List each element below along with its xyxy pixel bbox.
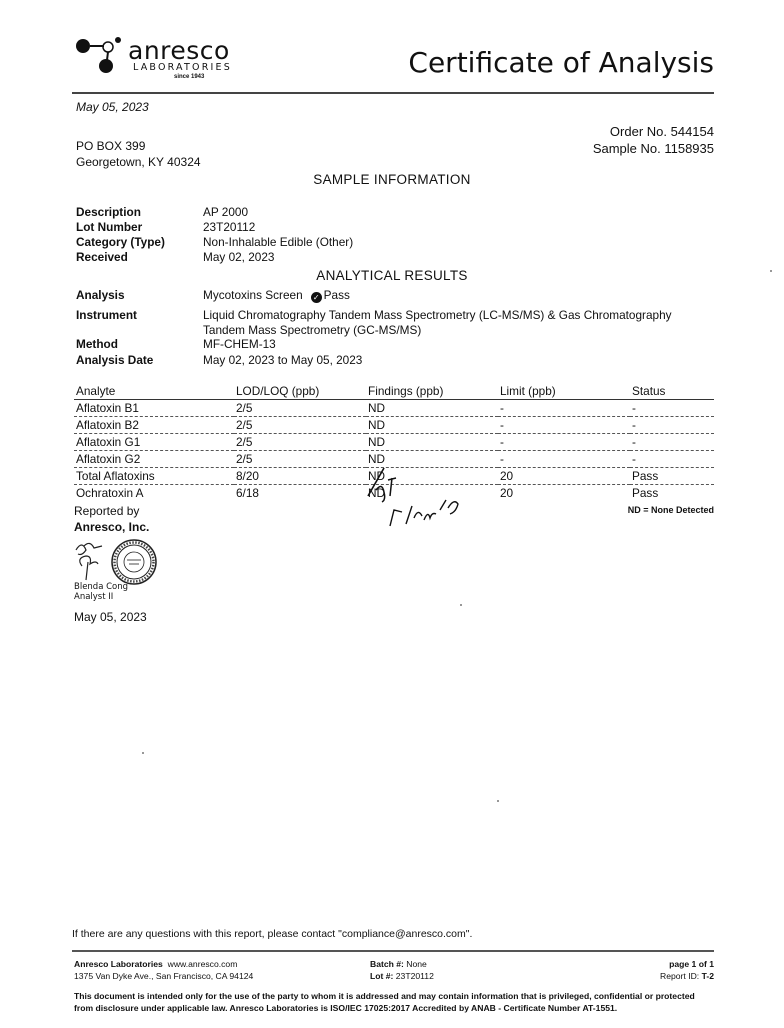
lod-loq-cell: 6/18	[234, 485, 366, 502]
scan-speck	[460, 604, 462, 606]
report-id-value: T-2	[702, 971, 714, 981]
analyte-cell: Aflatoxin G1	[74, 434, 234, 451]
lod-loq-cell: 2/5	[234, 417, 366, 434]
footer-address: 1375 Van Dyke Ave., San Francisco, CA 94…	[74, 970, 253, 982]
field-value: May 02, 2023	[203, 250, 713, 265]
analysis-name: Mycotoxins Screen	[203, 288, 303, 302]
table-row: Aflatoxin B12/5ND--	[74, 400, 714, 417]
scan-speck	[770, 270, 772, 272]
analyte-cell: Aflatoxin G2	[74, 451, 234, 468]
field-value: AP 2000	[203, 205, 713, 220]
reported-by: Reported by Anresco, Inc.	[74, 503, 149, 535]
report-id-label: Report ID:	[660, 971, 699, 981]
field-label: Analysis	[76, 288, 196, 303]
status-cell: -	[630, 417, 714, 434]
signer-title: Analyst II	[74, 592, 128, 602]
table-header-row: Analyte LOD/LOQ (ppb) Findings (ppb) Lim…	[74, 383, 714, 400]
address-line-1: PO BOX 399	[76, 138, 201, 154]
nd-legend: ND = None Detected	[628, 505, 714, 515]
lod-loq-cell: 8/20	[234, 468, 366, 485]
scan-speck	[142, 752, 144, 754]
column-header: LOD/LOQ (ppb)	[234, 383, 366, 400]
signer: Blenda Cong Analyst II	[74, 582, 128, 602]
analyte-cell: Total Aflatoxins	[74, 468, 234, 485]
findings-cell: ND	[366, 451, 498, 468]
lod-loq-cell: 2/5	[234, 451, 366, 468]
limit-cell: 20	[498, 485, 630, 502]
field-label: Instrument	[76, 308, 196, 323]
order-number: Order No. 544154	[593, 123, 714, 140]
table-row: Aflatoxin B22/5ND--	[74, 417, 714, 434]
field-value: MF-CHEM-13	[203, 337, 713, 352]
analyte-cell: Ochratoxin A	[74, 485, 234, 502]
lot-label: Lot #:	[370, 971, 393, 981]
field-value: Non-Inhalable Edible (Other)	[203, 235, 713, 250]
field-label: Category (Type)	[76, 235, 196, 250]
limit-cell: -	[498, 451, 630, 468]
field-value: May 02, 2023 to May 05, 2023	[203, 353, 713, 368]
lot-value: 23T20112	[396, 971, 434, 981]
reported-by-label: Reported by	[74, 503, 149, 519]
limit-cell: -	[498, 434, 630, 451]
column-header: Analyte	[74, 383, 234, 400]
field-label: Analysis Date	[76, 353, 196, 368]
header-divider	[72, 92, 714, 94]
page-number: page 1 of 1	[660, 958, 714, 970]
logo-wordmark: anresco	[128, 36, 230, 65]
batch-value: None	[406, 959, 427, 969]
limit-cell: 20	[498, 468, 630, 485]
analyte-cell: Aflatoxin B1	[74, 400, 234, 417]
column-header: Status	[630, 383, 714, 400]
signer-name: Blenda Cong	[74, 582, 128, 592]
field-value: 23T20112	[203, 220, 713, 235]
findings-cell: ND	[366, 417, 498, 434]
check-circle-icon: ✓	[311, 292, 322, 303]
field-label: Method	[76, 337, 196, 352]
legal-disclaimer: This document is intended only for the u…	[74, 990, 714, 1014]
footer-batch-info: Batch #: None Lot #: 23T20112	[370, 958, 434, 982]
field-label: Received	[76, 250, 196, 265]
findings-cell: ND	[366, 434, 498, 451]
lod-loq-cell: 2/5	[234, 434, 366, 451]
signature-icon	[76, 543, 102, 580]
footer-company-info: Anresco Laboratories www.anresco.com 137…	[74, 958, 253, 982]
table-row: Aflatoxin G12/5ND--	[74, 434, 714, 451]
column-header: Findings (ppb)	[366, 383, 498, 400]
findings-cell: ND	[366, 400, 498, 417]
analytical-results-heading: ANALYTICAL RESULTS	[0, 268, 784, 283]
signature-and-seal	[72, 538, 162, 588]
limit-cell: -	[498, 417, 630, 434]
anresco-logo: anresco LABORATORIES since 1943	[74, 36, 234, 84]
analyte-cell: Aflatoxin B2	[74, 417, 234, 434]
lod-loq-cell: 2/5	[234, 400, 366, 417]
client-address: PO BOX 399 Georgetown, KY 40324	[76, 138, 201, 170]
field-label: Lot Number	[76, 220, 196, 235]
lab-seal-icon	[112, 540, 156, 584]
document-title: Certificate of Analysis	[408, 46, 714, 79]
field-value: Liquid Chromatography Tandem Mass Spectr…	[203, 308, 713, 338]
table-row: Aflatoxin G22/5ND--	[74, 451, 714, 468]
footer-page-info: page 1 of 1 Report ID: T-2	[660, 958, 714, 982]
handwritten-initials-annotation	[362, 466, 482, 536]
footer-website[interactable]: www.anresco.com	[168, 959, 238, 969]
batch-label: Batch #:	[370, 959, 404, 969]
column-header: Limit (ppb)	[498, 383, 630, 400]
status-cell: -	[630, 400, 714, 417]
contact-note: If there are any questions with this rep…	[72, 928, 472, 940]
status-cell: Pass	[630, 485, 714, 502]
signature-date: May 05, 2023	[74, 610, 147, 624]
sample-number: Sample No. 1158935	[593, 140, 714, 157]
field-value: Mycotoxins Screen✓Pass	[203, 288, 713, 303]
logo-subtitle: LABORATORIES	[133, 62, 232, 73]
address-line-2: Georgetown, KY 40324	[76, 154, 201, 170]
analysis-status: Pass	[324, 288, 350, 302]
footer-divider	[72, 950, 714, 952]
footer-company-name: Anresco Laboratories	[74, 959, 163, 969]
report-date: May 05, 2023	[76, 100, 149, 114]
order-info: Order No. 544154 Sample No. 1158935	[593, 123, 714, 157]
status-cell: -	[630, 434, 714, 451]
molecule-icon	[74, 36, 134, 84]
logo-since: since 1943	[174, 74, 204, 80]
field-label: Description	[76, 205, 196, 220]
limit-cell: -	[498, 400, 630, 417]
sample-information-heading: SAMPLE INFORMATION	[0, 172, 784, 187]
reporting-company: Anresco, Inc.	[74, 519, 149, 535]
scan-speck	[497, 800, 499, 802]
status-cell: Pass	[630, 468, 714, 485]
status-cell: -	[630, 451, 714, 468]
